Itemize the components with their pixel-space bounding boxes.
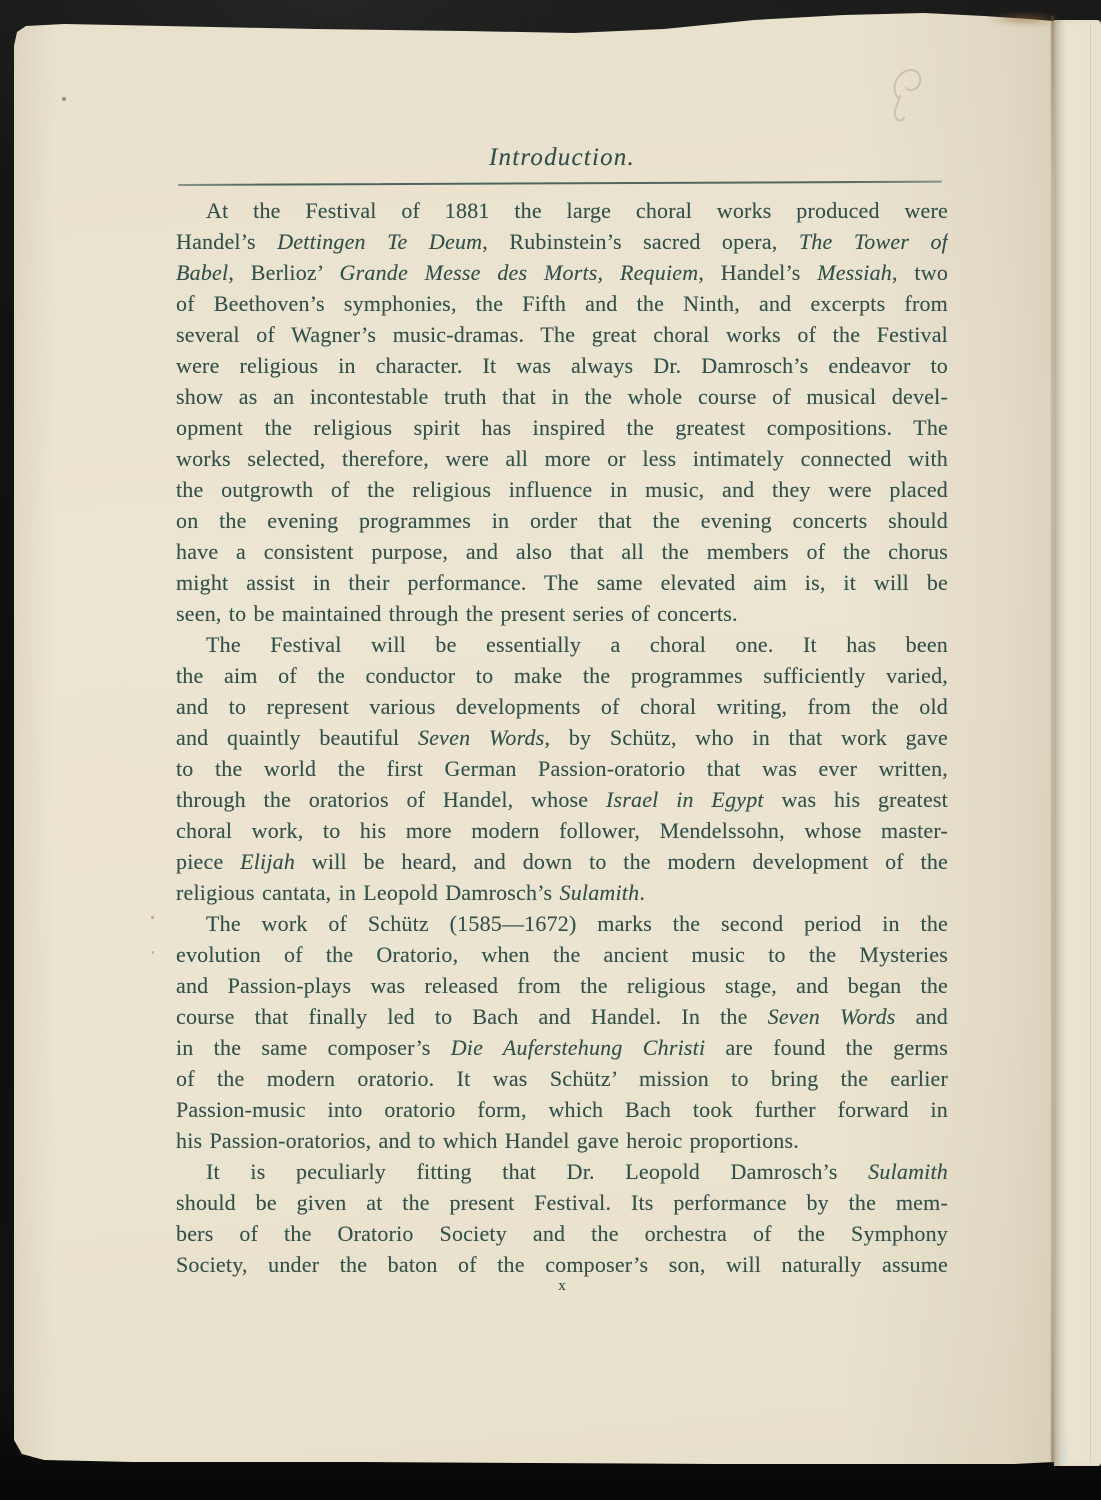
scan-background: Introduction. At the Festival of 1881 th… (0, 0, 1101, 1500)
roman-text: the aim of the conductor to make the pro… (176, 663, 948, 688)
italic-text: Seven Words (418, 725, 545, 750)
italic-text: Die Auferstehung Christi (451, 1035, 706, 1060)
roman-text: will be heard, and down to the modern de… (295, 849, 948, 874)
roman-text: , Berlioz’ (228, 260, 339, 285)
italic-text: The Tower of (799, 229, 948, 254)
roman-text: of the modern oratorio. It was Schütz’ m… (176, 1066, 948, 1091)
text-line: of the modern oratorio. It was Schütz’ m… (176, 1063, 948, 1094)
body-text: At the Festival of 1881 the large choral… (176, 195, 948, 1280)
text-line: and to represent various developments of… (176, 691, 948, 722)
roman-text: on the evening programmes in order that … (176, 508, 948, 533)
corner-stain (988, 12, 1062, 26)
text-line: and Passion-plays was released from the … (176, 970, 948, 1001)
roman-text: the outgrowth of the religious influence… (176, 477, 948, 502)
page-crease (1051, 16, 1054, 1464)
text-line: Babel, Berlioz’ Grande Messe des Morts, … (176, 257, 948, 288)
roman-text: bers of the Oratorio Society and the orc… (176, 1221, 948, 1246)
text-line: have a consistent purpose, and also that… (176, 536, 948, 567)
text-line: the outgrowth of the religious influence… (176, 474, 948, 505)
paper-speck (62, 97, 66, 101)
roman-text: , Rubinstein’s sacred opera, (482, 229, 799, 254)
text-line: in the same composer’s Die Auferstehung … (176, 1032, 948, 1063)
italic-text: Seven Words (768, 1004, 896, 1029)
text-line: might assist in their performance. The s… (176, 567, 948, 598)
roman-text: show as an incontestable truth that in t… (176, 384, 948, 409)
roman-text: The work of Schütz (1585—1672) marks the… (206, 911, 948, 936)
italic-text: Sulamith (868, 1159, 948, 1184)
text-line: should be given at the present Festival.… (176, 1187, 948, 1218)
roman-text: to the world the first German Passion-or… (176, 756, 948, 781)
roman-text: and (896, 1004, 948, 1029)
text-line: show as an incontestable truth that in t… (176, 381, 948, 412)
paper-speck (152, 951, 154, 954)
roman-text: religious cantata, in Leopold Damrosch’s (176, 880, 560, 905)
page-title: Introduction. (176, 144, 948, 172)
text-line: The work of Schütz (1585—1672) marks the… (176, 908, 948, 939)
roman-text: in the same composer’s (176, 1035, 451, 1060)
text-line: to the world the first German Passion-or… (176, 753, 948, 784)
roman-text: evolution of the Oratorio, when the anci… (176, 942, 948, 967)
italic-text: Sulamith (560, 880, 640, 905)
text-line: on the evening programmes in order that … (176, 505, 948, 536)
text-line: course that finally led to Bach and Hand… (176, 1001, 948, 1032)
roman-text: and Passion-plays was released from the … (176, 973, 948, 998)
text-line: At the Festival of 1881 the large choral… (176, 195, 948, 226)
text-line: several of Wagner’s music-dramas. The gr… (176, 319, 948, 350)
text-line: It is peculiarly fitting that Dr. Leopol… (176, 1156, 948, 1187)
roman-text: through the oratorios of Handel, whose (176, 787, 606, 812)
text-line: through the oratorios of Handel, whose I… (176, 784, 948, 815)
text-line: Society, under the baton of the composer… (176, 1249, 948, 1280)
page-edge-line (1090, 24, 1091, 1462)
roman-text: It is peculiarly fitting that Dr. Leopol… (206, 1159, 868, 1184)
roman-text: The Festival will be essentially a chora… (206, 632, 948, 657)
roman-text: Society, under the baton of the composer… (176, 1252, 948, 1277)
text-line: of Beethoven’s symphonies, the Fifth and… (176, 288, 948, 319)
paper-speck (151, 916, 154, 919)
text-line: seen, to be maintained through the prese… (176, 598, 948, 629)
pencil-mark (872, 60, 932, 140)
text-line: bers of the Oratorio Society and the orc… (176, 1218, 948, 1249)
text-line: opment the religious spirit has inspired… (176, 412, 948, 443)
text-line: were religious in character. It was alwa… (176, 350, 948, 381)
text-line: religious cantata, in Leopold Damrosch’s… (176, 877, 948, 908)
roman-text: were religious in character. It was alwa… (176, 353, 948, 378)
roman-text: . (639, 880, 645, 905)
roman-text: several of Wagner’s music-dramas. The gr… (176, 322, 948, 347)
roman-text: Passion-music into oratorio form, which … (176, 1097, 948, 1122)
text-line: The Festival will be essentially a chora… (176, 629, 948, 660)
text-line: his Passion-oratorios, and to which Hand… (176, 1125, 948, 1156)
roman-text: of Beethoven’s symphonies, the Fifth and… (176, 291, 948, 316)
roman-text: have a consistent purpose, and also that… (176, 539, 948, 564)
text-line: choral work, to his more modern follower… (176, 815, 948, 846)
roman-text: opment the religious spirit has inspired… (176, 415, 948, 440)
italic-text: Elijah (240, 849, 295, 874)
adjacent-page-edge (1054, 20, 1101, 1466)
roman-text: Handel’s (176, 229, 277, 254)
roman-text: works selected, therefore, were all more… (176, 446, 948, 471)
italic-text: Grande Messe des Morts, Requiem (340, 260, 699, 285)
text-line: and quaintly beautiful Seven Words, by S… (176, 722, 948, 753)
roman-text: and quaintly beautiful (176, 725, 418, 750)
roman-text: , Handel’s (698, 260, 817, 285)
roman-text: , by Schütz, who in that work gave (545, 725, 948, 750)
italic-text: Messiah (817, 260, 892, 285)
text-line: piece Elijah will be heard, and down to … (176, 846, 948, 877)
roman-text: might assist in their performance. The s… (176, 570, 948, 595)
roman-text: should be given at the present Festival.… (176, 1190, 948, 1215)
roman-text: seen, to be maintained through the prese… (176, 601, 738, 626)
roman-text: and to represent various developments of… (176, 694, 948, 719)
text-line: the aim of the conductor to make the pro… (176, 660, 948, 691)
italic-text: Dettingen Te Deum (277, 229, 482, 254)
text-line: Handel’s Dettingen Te Deum, Rubinstein’s… (176, 226, 948, 257)
italic-text: Israel in Egypt (606, 787, 764, 812)
italic-text: Babel (176, 260, 228, 285)
text-line: evolution of the Oratorio, when the anci… (176, 939, 948, 970)
roman-text: At the Festival of 1881 the large choral… (206, 198, 948, 223)
roman-text: his Passion-oratorios, and to which Hand… (176, 1128, 799, 1153)
text-line: Passion-music into oratorio form, which … (176, 1094, 948, 1125)
roman-text: course that finally led to Bach and Hand… (176, 1004, 768, 1029)
roman-text: are found the germs (705, 1035, 948, 1060)
roman-text: piece (176, 849, 240, 874)
roman-text: was his greatest (764, 787, 948, 812)
page-number: x (176, 1278, 948, 1295)
roman-text: , two (892, 260, 948, 285)
roman-text: choral work, to his more modern follower… (176, 818, 948, 843)
text-line: works selected, therefore, were all more… (176, 443, 948, 474)
